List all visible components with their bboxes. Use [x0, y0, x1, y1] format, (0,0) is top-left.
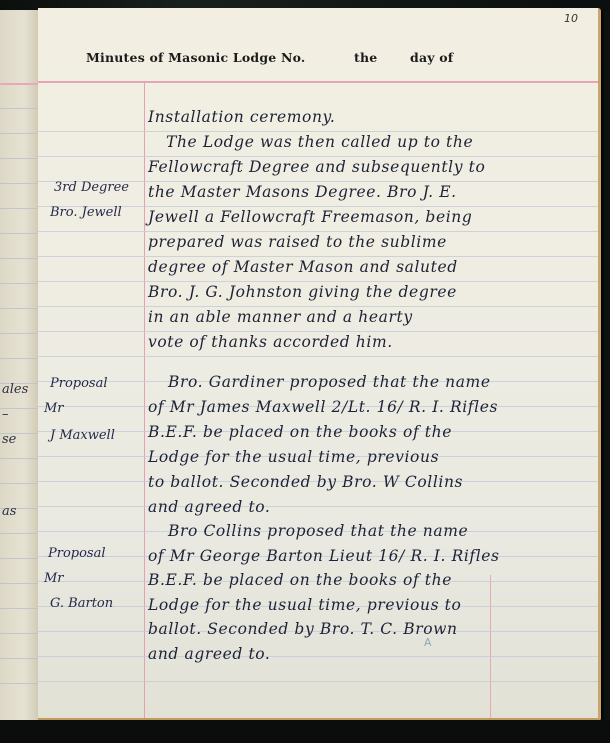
body-line: B.E.F. be placed on the books of the	[148, 423, 452, 441]
ruled-line	[38, 656, 598, 657]
ruled-line	[0, 358, 40, 359]
body-line: Bro Collins proposed that the name	[168, 522, 468, 540]
ruled-line	[38, 306, 598, 307]
left-page-fragment: ales	[2, 382, 28, 397]
ruled-line	[38, 156, 598, 157]
left-page-header-rule	[0, 83, 40, 85]
ruled-line	[0, 633, 40, 634]
ruled-line	[0, 308, 40, 309]
ruled-line	[0, 158, 40, 159]
ruled-line	[38, 331, 598, 332]
body-line: degree of Master Mason and saluted	[148, 258, 458, 276]
body-line: the Master Masons Degree. Bro J. E.	[148, 183, 457, 201]
body-line: Lodge for the usual time, previous to	[148, 596, 461, 614]
ruled-line	[0, 608, 40, 609]
ruled-line	[38, 131, 598, 132]
header-pink-rule	[38, 81, 598, 83]
ruled-line	[0, 458, 40, 459]
body-line: Installation ceremony.	[148, 108, 335, 126]
ruled-line	[38, 231, 598, 232]
ruled-line	[0, 258, 40, 259]
body-line: of Mr George Barton Lieut 16/ R. I. Rifl…	[148, 547, 500, 565]
body-line: Bro. Gardiner proposed that the name	[168, 373, 491, 391]
body-line: and agreed to.	[148, 645, 270, 663]
ruled-line	[0, 208, 40, 209]
ruled-line	[38, 206, 598, 207]
left-page-fragment: as	[2, 504, 16, 519]
margin-note-maxwell: J Maxwell	[50, 428, 115, 443]
background-table	[0, 720, 610, 743]
pencil-mark: A	[424, 636, 432, 649]
ruled-line	[0, 683, 40, 684]
left-page-fragment: se	[2, 432, 16, 447]
ruled-line	[38, 506, 598, 507]
underlying-left-page: ales – se as	[0, 10, 41, 728]
ruled-line	[0, 583, 40, 584]
page-number: 10	[564, 12, 578, 25]
ruled-line	[0, 533, 40, 534]
margin-note-mr: Mr	[44, 401, 64, 416]
ruled-line	[38, 256, 598, 257]
ruled-line	[0, 483, 40, 484]
margin-note-degree: 3rd Degree	[54, 180, 129, 195]
page-header: Minutes of Masonic Lodge No. the day of	[38, 50, 598, 74]
header-title: Minutes of Masonic Lodge No.	[86, 50, 305, 65]
body-line: vote of thanks accorded him.	[148, 333, 393, 351]
margin-note-proposal: Proposal	[50, 376, 108, 391]
ruled-line	[0, 108, 40, 109]
body-line: Fellowcraft Degree and subsequently to	[148, 158, 485, 176]
left-page-fragment: –	[2, 407, 9, 422]
ruled-line	[0, 183, 40, 184]
body-line: to ballot. Seconded by Bro. W Collins	[148, 473, 463, 491]
ruled-line	[0, 658, 40, 659]
body-line: Lodge for the usual time, previous	[148, 448, 439, 466]
ruled-line	[0, 233, 40, 234]
header-day-of: day of	[410, 50, 453, 65]
body-line: and agreed to.	[148, 498, 270, 516]
body-line: of Mr James Maxwell 2/Lt. 16/ R. I. Rifl…	[148, 398, 498, 416]
body-line: Jewell a Fellowcraft Freemason, being	[148, 208, 472, 226]
ruled-line	[0, 133, 40, 134]
minute-book-page: 10 Minutes of Masonic Lodge No. the day …	[38, 8, 601, 721]
ruled-line	[0, 283, 40, 284]
body-line: B.E.F. be placed on the books of the	[148, 571, 452, 589]
left-margin-pink-line	[144, 83, 145, 718]
ruled-line	[0, 333, 40, 334]
header-the: the	[354, 50, 377, 65]
body-line: prepared was raised to the sublime	[148, 233, 447, 251]
ruled-line	[38, 356, 598, 357]
body-line: ballot. Seconded by Bro. T. C. Brown	[148, 620, 458, 638]
margin-note-jewell: Bro. Jewell	[50, 205, 122, 220]
body-line: in an able manner and a hearty	[148, 308, 413, 326]
body-line: The Lodge was then called up to the	[166, 133, 473, 151]
body-line: Bro. J. G. Johnston giving the degree	[148, 283, 457, 301]
margin-note-barton: G. Barton	[50, 596, 113, 611]
ruled-line	[0, 558, 40, 559]
ruled-line	[38, 281, 598, 282]
margin-note-proposal: Proposal	[48, 546, 106, 561]
right-margin-pink-line	[490, 575, 491, 718]
ruled-line	[38, 681, 598, 682]
margin-note-mr: Mr	[44, 571, 64, 586]
